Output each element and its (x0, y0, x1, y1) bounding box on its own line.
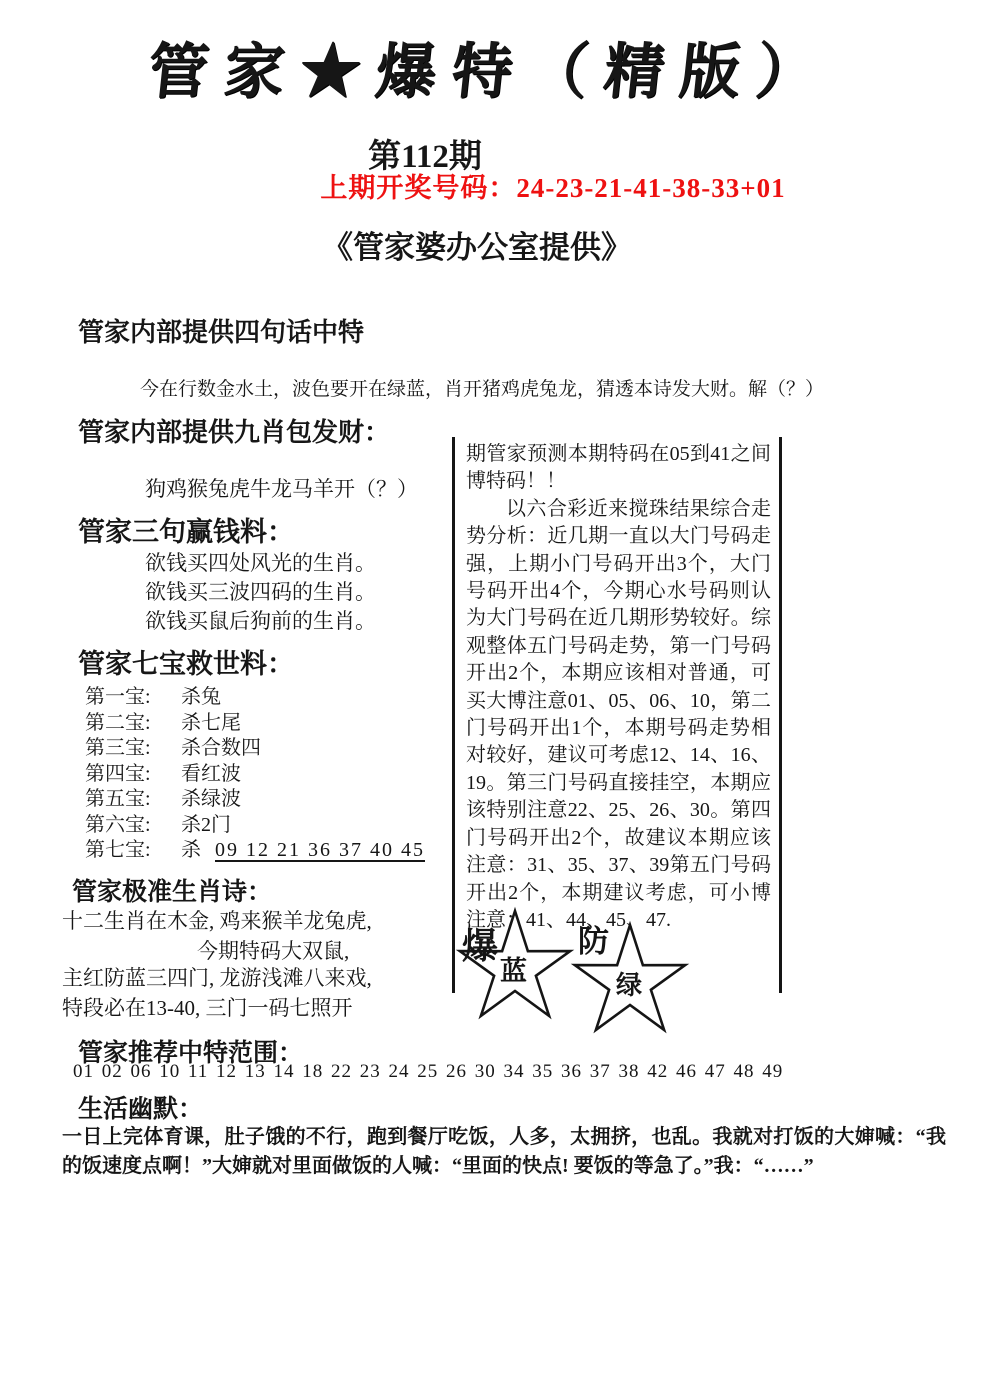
section-heading-nine-zodiac: 管家内部提供九肖包发财： (78, 412, 390, 449)
last-draw-numbers: 上期开奖号码：24-23-21-41-38-33+01 (125, 166, 981, 205)
tip-sheet-page: 管家★爆特（精版） 第112期 上期开奖号码：24-23-21-41-38-33… (0, 0, 981, 1388)
treasure-row: 第一宝: 杀兔 (85, 685, 425, 711)
treasure-label: 第五宝: (85, 787, 167, 813)
zodiac-poem-line: 特段必在13-40, 三门一码七照开 (62, 992, 353, 1022)
star-text-blue: 蓝 (500, 956, 527, 986)
treasure-label: 第四宝: (85, 762, 167, 788)
section-heading-four-line-tip: 管家内部提供四句话中特 (78, 312, 364, 349)
three-tips-line: 欲钱买鼠后狗前的生肖。 (145, 607, 376, 636)
three-tips-list: 欲钱买四处风光的生肖。 欲钱买三波四码的生肖。 欲钱买鼠后狗前的生肖。 (145, 549, 376, 636)
section-heading-humor: 生活幽默： (78, 1089, 203, 1125)
treasure-value: 杀兔 (181, 685, 221, 711)
treasure-row: 第二宝: 杀七尾 (85, 711, 425, 737)
treasure-label: 第六宝: (85, 813, 167, 839)
zodiac-poem-line: 主红防蓝三四门, 龙游浅滩八来戏, (62, 962, 372, 992)
page-title: 管家★爆特（精版） (0, 24, 981, 110)
treasure-label: 第二宝: (85, 711, 167, 737)
treasure-value: 看红波 (181, 762, 241, 788)
star-tag-prevent: 防 (578, 924, 609, 959)
treasure-label: 第七宝: (85, 838, 167, 864)
treasure-kill-numbers: 09 12 21 36 37 40 45 (215, 838, 425, 864)
section-heading-zodiac-poem: 管家极准生肖诗： (72, 872, 272, 908)
treasure-row: 第四宝: 看红波 (85, 762, 425, 788)
treasure-value: 杀 (181, 838, 201, 864)
humor-body: 一日上完体育课，肚子饿的不行，跑到餐厅吃饭，人多，太拥挤，也乱。我就对打饭的大婶… (62, 1123, 946, 1181)
treasure-value: 杀2门 (181, 813, 231, 839)
star-tag-burst: 爆 (461, 926, 498, 966)
prediction-intro: 期管家预测本期特码在05到41之间博特码！！ (466, 441, 771, 496)
treasure-row: 第五宝: 杀绿波 (85, 787, 425, 813)
burst-prevent-stars: 爆 防 蓝 绿 (452, 902, 792, 1052)
treasure-value: 杀绿波 (181, 787, 241, 813)
treasure-label: 第一宝: (85, 685, 167, 711)
recommend-numbers: 01 02 06 10 11 12 13 14 18 22 23 24 25 2… (73, 1061, 783, 1083)
provider-subtitle: 《管家婆办公室提供》 (0, 222, 954, 267)
star-text-green: 绿 (616, 971, 642, 1000)
three-tips-line: 欲钱买三波四码的生肖。 (145, 578, 376, 607)
treasure-value: 杀合数四 (181, 736, 261, 762)
four-line-tip-body: 今在行数金水土，波色要开在绿蓝，肖开猪鸡虎兔龙，猜透本诗发大财。解（？） (140, 374, 824, 401)
treasure-value: 杀七尾 (181, 711, 241, 737)
section-heading-seven-treasures: 管家七宝救世料： (78, 642, 294, 681)
zodiac-poem-line: 今期特码大双鼠, (197, 935, 349, 965)
treasure-label: 第三宝: (85, 736, 167, 762)
treasure-row: 第六宝: 杀2门 (85, 813, 425, 839)
treasure-row: 第三宝: 杀合数四 (85, 736, 425, 762)
nine-zodiac-body: 狗鸡猴兔虎牛龙马羊开（？） (145, 473, 418, 503)
three-tips-line: 欲钱买四处风光的生肖。 (145, 549, 376, 578)
section-heading-three-tips: 管家三句赢钱料： (78, 510, 294, 549)
seven-treasures-list: 第一宝: 杀兔 第二宝: 杀七尾 第三宝: 杀合数四 第四宝: 看红波 第五宝:… (85, 685, 425, 864)
zodiac-poem-line: 十二生肖在木金, 鸡来猴羊龙兔虎, (62, 905, 372, 935)
treasure-row: 第七宝: 杀 09 12 21 36 37 40 45 (85, 838, 425, 864)
prediction-analysis: 以六合彩近来搅珠结果综合走势分析：近几期一直以大门号码走强，上期小门号码开出3个… (466, 496, 771, 935)
